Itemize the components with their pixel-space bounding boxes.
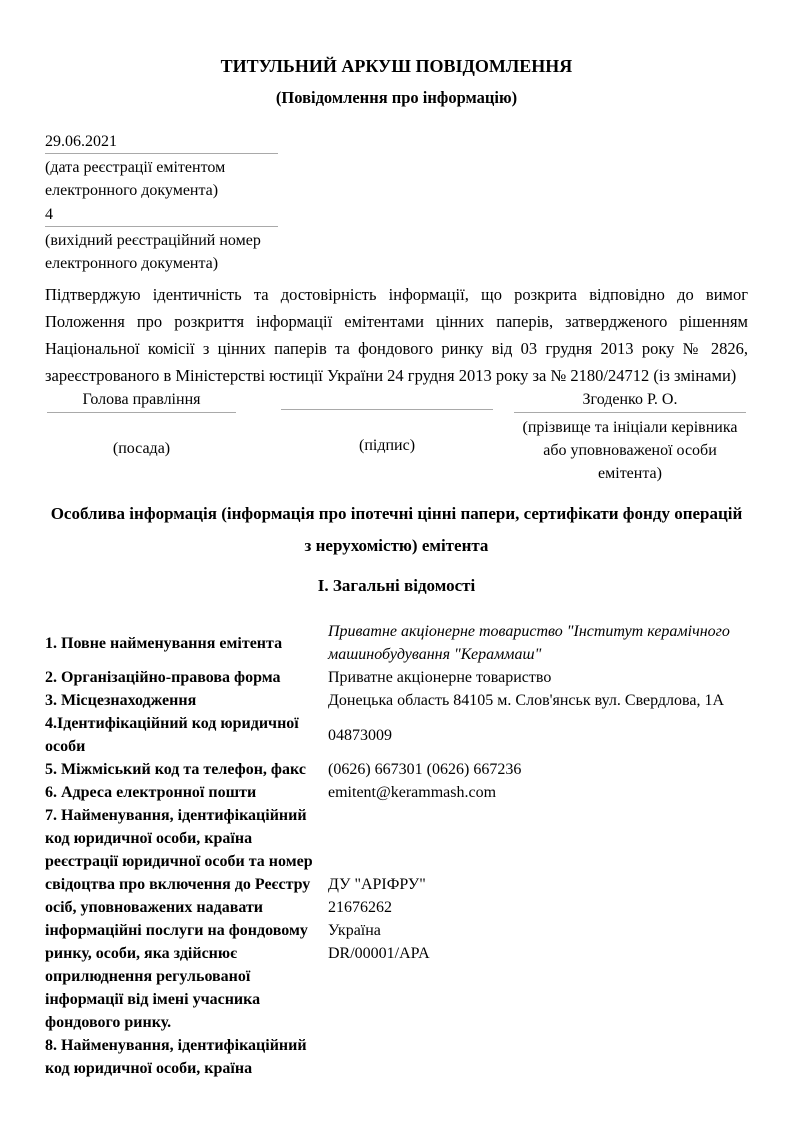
row-value: emitent@kerammash.com (328, 781, 748, 804)
table-row-full-name: 1. Повне найменування емітента Приватне … (45, 620, 748, 666)
signature-section: Голова правління (посада) (підпис) Згоде… (45, 390, 748, 485)
row-label: 1. Повне найменування емітента (45, 632, 321, 655)
signature-position-column: Голова правління (посада) (47, 390, 236, 485)
registration-number-label: (вихідний реєстраційний номер електронно… (45, 229, 293, 275)
signature-position-label: (посада) (47, 437, 236, 460)
row-value: ДУ "АРІФРУ" 21676262 Україна DR/00001/AP… (328, 873, 748, 965)
signature-name-value: Згоденко Р. О. (514, 390, 746, 413)
table-row-location: 3. Місцезнаходження Донецька область 841… (45, 689, 748, 712)
row-label: 2. Організаційно-правова форма (45, 666, 321, 689)
subsection-heading: І. Загальні відомості (45, 576, 748, 596)
row-value: 04873009 (328, 724, 748, 747)
section-heading: Особлива інформація (інформація про іпот… (51, 498, 743, 562)
row-label: 6. Адреса електронної пошти (45, 781, 321, 804)
row-label: 7. Найменування, ідентифікаційний код юр… (45, 804, 321, 1034)
row-label: 5. Міжміський код та телефон, факс (45, 758, 321, 781)
registration-date-block: 29.06.2021 (дата реєстрації емітентом ел… (45, 132, 293, 202)
signature-sign-label: (підпис) (281, 434, 493, 457)
general-info-table: 1. Повне найменування емітента Приватне … (45, 620, 748, 1080)
table-row-id-code: 4.Ідентифікаційний код юридичної особи 0… (45, 712, 748, 758)
row-label: 4.Ідентифікаційний код юридичної особи (45, 712, 321, 758)
row-label: 8. Найменування, ідентифікаційний код юр… (45, 1034, 321, 1080)
row-label: 3. Місцезнаходження (45, 689, 321, 712)
row-value: Донецька область 84105 м. Слов'янськ вул… (328, 689, 748, 712)
registration-number-value: 4 (45, 205, 278, 227)
signature-sign-column: (підпис) (281, 390, 493, 485)
table-row-phone-fax: 5. Міжміський код та телефон, факс (0626… (45, 758, 748, 781)
table-row-8: 8. Найменування, ідентифікаційний код юр… (45, 1034, 748, 1080)
row-value: Приватне акціонерне товариство (328, 666, 748, 689)
page-title: ТИТУЛЬНИЙ АРКУШ ПОВІДОМЛЕННЯ (45, 56, 748, 77)
table-row-legal-form: 2. Організаційно-правова форма Приватне … (45, 666, 748, 689)
signature-name-column: Згоденко Р. О. (прізвище та ініціали кер… (514, 390, 746, 485)
table-row-disclosure-agent: 7. Найменування, ідентифікаційний код юр… (45, 804, 748, 1034)
registration-number-block: 4 (вихідний реєстраційний номер електрон… (45, 205, 293, 275)
signature-position-value: Голова правління (47, 390, 236, 413)
registration-date-value: 29.06.2021 (45, 132, 278, 154)
confirmation-paragraph: Підтверджую ідентичність та достовірніст… (45, 281, 748, 389)
page-subtitle: (Повідомлення про інформацію) (45, 88, 748, 108)
table-row-email: 6. Адреса електронної пошти emitent@kera… (45, 781, 748, 804)
signature-name-label: (прізвище та ініціали керівника або упов… (514, 416, 746, 485)
signature-sign-value (281, 390, 493, 410)
registration-date-label: (дата реєстрації емітентом електронного … (45, 156, 293, 202)
row-value: Приватне акціонерне товариство "Інститут… (328, 620, 748, 666)
document-page: ТИТУЛЬНИЙ АРКУШ ПОВІДОМЛЕННЯ (Повідомлен… (0, 0, 793, 1122)
row-value: (0626) 667301 (0626) 667236 (328, 758, 748, 781)
